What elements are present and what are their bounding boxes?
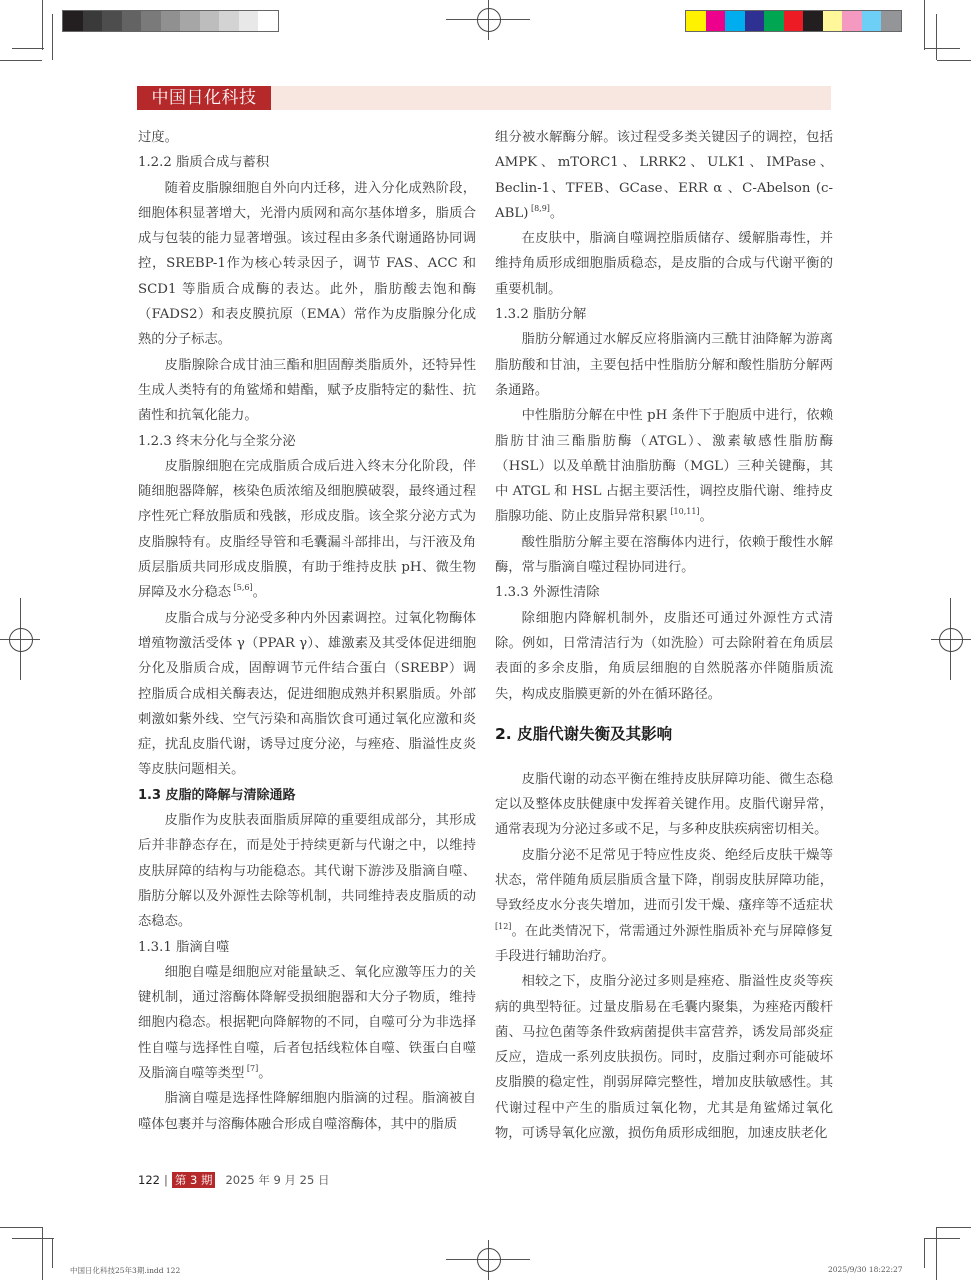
color-calibration-strip bbox=[685, 10, 902, 32]
paragraph-text: 细胞自噬是细胞应对能量缺乏、氧化应激等压力的关键机制，通过溶酶体降解受损细胞器和… bbox=[138, 965, 476, 1081]
paragraph-text: 2. 皮脂代谢失衡及其影响 bbox=[495, 725, 672, 743]
gray-calibration-strip bbox=[62, 10, 279, 32]
folio-separator: | bbox=[164, 1173, 168, 1187]
body-paragraph: 皮脂合成与分泌受多种内外因素调控。过氧化物酶体增殖物激活受体 γ（PPAR γ）… bbox=[138, 606, 476, 783]
citation-ref: [10,11] bbox=[668, 507, 700, 516]
paragraph-text: 1.3.3 外源性清除 bbox=[495, 585, 600, 600]
journal-title: 中国日化科技 bbox=[137, 86, 271, 110]
paragraph-text: 除细胞内降解机制外，皮脂还可通过外源性方式清除。例如，日常清洁行为（如洗脸）可去… bbox=[495, 611, 833, 702]
crop-mark bbox=[0, 60, 42, 61]
paragraph-text: 皮脂腺细胞在完成脂质合成后进入终末分化阶段，伴随细胞器降解，核染色质浓缩及细胞膜… bbox=[138, 459, 476, 600]
crop-mark bbox=[936, 1227, 971, 1228]
paragraph-tail: 。在此类情况下，常需通过外源性脂质补充与屏障修复手段进行辅助治疗。 bbox=[495, 924, 833, 964]
gray-swatch bbox=[161, 11, 181, 31]
gray-swatch bbox=[258, 11, 278, 31]
color-swatch bbox=[823, 11, 843, 31]
body-paragraph: 皮脂腺细胞在完成脂质合成后进入终末分化阶段，伴随细胞器降解，核染色质浓缩及细胞膜… bbox=[138, 454, 476, 606]
color-swatch bbox=[764, 11, 784, 31]
crop-mark bbox=[936, 14, 937, 60]
paragraph-text: 皮脂合成与分泌受多种内外因素调控。过氧化物酶体增殖物激活受体 γ（PPAR γ）… bbox=[138, 611, 476, 778]
subsection-heading: 1.2.3 终末分化与全浆分泌 bbox=[138, 429, 476, 454]
crop-mark bbox=[52, 1238, 53, 1268]
crop-mark bbox=[936, 1227, 937, 1280]
gray-swatch bbox=[63, 11, 83, 31]
color-swatch bbox=[881, 11, 901, 31]
body-paragraph: 酸性脂肪分解主要在溶酶体内进行，依赖于酸性水解酶，常与脂滴自噬过程协同进行。 bbox=[495, 530, 833, 581]
body-paragraph: 过度。 bbox=[138, 125, 476, 150]
body-paragraph: 细胞自噬是细胞应对能量缺乏、氧化应激等压力的关键机制，通过溶酶体降解受损细胞器和… bbox=[138, 960, 476, 1086]
crop-mark bbox=[52, 14, 53, 60]
color-swatch bbox=[862, 11, 882, 31]
crop-mark bbox=[937, 60, 971, 61]
paragraph-text: 1.2.3 终末分化与全浆分泌 bbox=[138, 434, 296, 449]
subsection-heading: 1.2.2 脂质合成与蓄积 bbox=[138, 150, 476, 175]
page-footer: 122 | 第 3 期 2025 年 9 月 25 日 bbox=[138, 1172, 329, 1188]
body-paragraph: 皮脂分泌不足常见于特应性皮炎、绝经后皮肤干燥等状态，常伴随角质层脂质含量下降，削… bbox=[495, 843, 833, 969]
gray-swatch bbox=[102, 11, 122, 31]
paragraph-text: 酸性脂肪分解主要在溶酶体内进行，依赖于酸性水解酶，常与脂滴自噬过程协同进行。 bbox=[495, 535, 833, 575]
slug-filename: 中国日化科技25年3期.indd 122 bbox=[70, 1265, 180, 1276]
body-paragraph: 皮脂代谢的动态平衡在维持皮肤屏障功能、微生态稳定以及整体皮肤健康中发挥着关键作用… bbox=[495, 767, 833, 843]
crop-mark bbox=[924, 1238, 960, 1239]
citation-ref: [5,6] bbox=[231, 583, 253, 592]
section-heading: 1.3 皮脂的降解与清除通路 bbox=[138, 783, 476, 808]
paragraph-tail: 。 bbox=[700, 509, 713, 524]
gray-swatch bbox=[122, 11, 142, 31]
body-paragraph: 皮脂腺除合成甘油三酯和胆固醇类脂质外，还特异性生成人类特有的角鲨烯和蜡酯，赋予皮… bbox=[138, 353, 476, 429]
paragraph-text: 1.3.1 脂滴自噬 bbox=[138, 940, 229, 955]
body-paragraph: 组分被水解酶分解。该过程受多类关键因子的调控，包括 AMPK、mTORC1、LR… bbox=[495, 125, 833, 226]
paragraph-tail: 。 bbox=[253, 585, 266, 600]
paragraph-text: 脂滴自噬是选择性降解细胞内脂滴的过程。脂滴被自噬体包裹并与溶酶体融合形成自噬溶酶… bbox=[138, 1091, 476, 1131]
paragraph-tail: 。 bbox=[258, 1066, 271, 1081]
left-column: 过度。1.2.2 脂质合成与蓄积随着皮脂腺细胞自外向内迁移，进入分化成熟阶段，细… bbox=[138, 125, 476, 1137]
chapter-heading: 2. 皮脂代谢失衡及其影响 bbox=[495, 721, 833, 747]
citation-ref: [12] bbox=[495, 922, 511, 931]
crop-mark bbox=[924, 48, 960, 49]
crop-mark bbox=[924, 1238, 925, 1268]
paragraph-text: 1.3.2 脂肪分解 bbox=[495, 307, 586, 322]
color-swatch bbox=[725, 11, 745, 31]
crop-mark bbox=[12, 48, 44, 49]
gray-swatch bbox=[219, 11, 239, 31]
paragraph-text: 脂肪分解通过水解反应将脂滴内三酰甘油降解为游离脂肪酸和甘油，主要包括中性脂肪分解… bbox=[495, 332, 833, 398]
paragraph-text: 皮脂作为皮肤表面脂质屏障的重要组成部分，其形成后并非静态存在，而是处于持续更新与… bbox=[138, 813, 476, 929]
paragraph-tail: 。 bbox=[550, 206, 563, 221]
body-paragraph: 相较之下，皮脂分泌过多则是痤疮、脂溢性皮炎等疾病的典型特征。过量皮脂易在毛囊内聚… bbox=[495, 969, 833, 1146]
paragraph-text: 1.2.2 脂质合成与蓄积 bbox=[138, 155, 269, 170]
crop-mark bbox=[42, 0, 43, 50]
paragraph-text: 在皮肤中，脂滴自噬调控脂质储存、缓解脂毒性，并维持角质形成细胞脂质稳态，是皮脂的… bbox=[495, 231, 833, 297]
color-swatch bbox=[784, 11, 804, 31]
issue-badge: 第 3 期 bbox=[172, 1172, 216, 1188]
body-paragraph: 脂肪分解通过水解反应将脂滴内三酰甘油降解为游离脂肪酸和甘油，主要包括中性脂肪分解… bbox=[495, 327, 833, 403]
crop-mark bbox=[0, 1227, 42, 1228]
issue-date: 2025 年 9 月 25 日 bbox=[225, 1172, 329, 1188]
color-swatch bbox=[842, 11, 862, 31]
subsection-heading: 1.3.3 外源性清除 bbox=[495, 580, 833, 605]
page-number: 122 bbox=[138, 1173, 160, 1187]
paragraph-text: 过度。 bbox=[138, 130, 178, 145]
body-paragraph: 随着皮脂腺细胞自外向内迁移，进入分化成熟阶段，细胞体积显著增大，光滑内质网和高尔… bbox=[138, 176, 476, 353]
body-paragraph: 脂滴自噬是选择性降解细胞内脂滴的过程。脂滴被自噬体包裹并与溶酶体融合形成自噬溶酶… bbox=[138, 1086, 476, 1137]
citation-ref: [8,9] bbox=[528, 204, 550, 213]
body-paragraph: 皮脂作为皮肤表面脂质屏障的重要组成部分，其形成后并非静态存在，而是处于持续更新与… bbox=[138, 808, 476, 934]
gray-swatch bbox=[141, 11, 161, 31]
paragraph-text: 皮脂代谢的动态平衡在维持皮肤屏障功能、微生态稳定以及整体皮肤健康中发挥着关键作用… bbox=[495, 772, 833, 838]
paragraph-text: 皮脂分泌不足常见于特应性皮炎、绝经后皮肤干燥等状态，常伴随角质层脂质含量下降，削… bbox=[495, 848, 833, 914]
color-swatch bbox=[706, 11, 726, 31]
body-paragraph: 在皮肤中，脂滴自噬调控脂质储存、缓解脂毒性，并维持角质形成细胞脂质稳态，是皮脂的… bbox=[495, 226, 833, 302]
body-paragraph: 除细胞内降解机制外，皮脂还可通过外源性方式清除。例如，日常清洁行为（如洗脸）可去… bbox=[495, 606, 833, 707]
body-paragraph: 中性脂肪分解在中性 pH 条件下于胞质中进行，依赖脂肪甘油三酯脂肪酶（ATGL）… bbox=[495, 403, 833, 529]
color-swatch bbox=[803, 11, 823, 31]
paragraph-text: 中性脂肪分解在中性 pH 条件下于胞质中进行，依赖脂肪甘油三酯脂肪酶（ATGL）… bbox=[495, 408, 833, 524]
paragraph-text: 随着皮脂腺细胞自外向内迁移，进入分化成熟阶段，细胞体积显著增大，光滑内质网和高尔… bbox=[138, 181, 476, 348]
color-swatch bbox=[745, 11, 765, 31]
slug-timestamp: 2025/9/30 18:22:27 bbox=[828, 1265, 903, 1274]
gray-swatch bbox=[200, 11, 220, 31]
crop-mark bbox=[12, 1238, 54, 1239]
crop-mark bbox=[924, 0, 925, 50]
paragraph-text: 1.3 皮脂的降解与清除通路 bbox=[138, 788, 296, 803]
gray-swatch bbox=[239, 11, 259, 31]
gray-swatch bbox=[180, 11, 200, 31]
gray-swatch bbox=[83, 11, 103, 31]
subsection-heading: 1.3.1 脂滴自噬 bbox=[138, 935, 476, 960]
paragraph-text: 相较之下，皮脂分泌过多则是痤疮、脂溢性皮炎等疾病的典型特征。过量皮脂易在毛囊内聚… bbox=[495, 974, 833, 1141]
subsection-heading: 1.3.2 脂肪分解 bbox=[495, 302, 833, 327]
crop-mark bbox=[42, 1227, 43, 1280]
right-column: 组分被水解酶分解。该过程受多类关键因子的调控，包括 AMPK、mTORC1、LR… bbox=[495, 125, 833, 1146]
color-swatch bbox=[686, 11, 706, 31]
paragraph-text: 皮脂腺除合成甘油三酯和胆固醇类脂质外，还特异性生成人类特有的角鲨烯和蜡酯，赋予皮… bbox=[138, 358, 476, 424]
citation-ref: [7] bbox=[244, 1064, 258, 1073]
